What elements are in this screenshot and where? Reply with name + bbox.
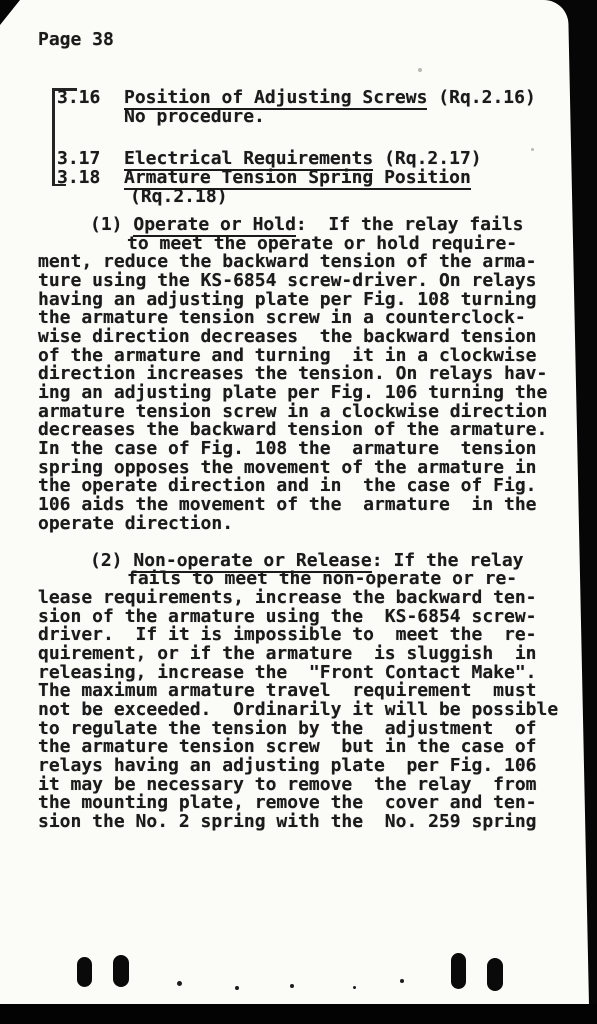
paragraph-list: (1) Operate or Hold: If the relay failst… (38, 216, 565, 832)
scan-speck (177, 981, 182, 986)
scan-speck (290, 984, 294, 988)
paragraph-line: ing an adjusting plate per Fig. 106 turn… (38, 384, 565, 403)
paragraph-line: sion the No. 2 spring with the No. 259 s… (38, 813, 565, 832)
paragraph-heading-tail: : If the relay fails (296, 214, 524, 235)
paragraph-line: operate direction. (38, 515, 565, 534)
punch-mark-dot (113, 955, 129, 987)
scanned-document-page: Page 38 3.16Position of Adjusting Screws… (0, 0, 597, 1024)
paragraph-marker: (1) (90, 214, 133, 235)
punch-mark-dot (77, 957, 92, 987)
paragraph-line: In the case of Fig. 108 the armature ten… (38, 440, 565, 459)
paragraph-line: 106 aids the movement of the armature in… (38, 496, 565, 515)
paragraph: (1) Operate or Hold: If the relay failst… (38, 216, 565, 533)
scan-speck (418, 68, 422, 72)
section-number: 3.16 (57, 89, 124, 108)
paragraph-line: quirement, or if the armature is sluggis… (38, 645, 565, 664)
punch-mark-dot (451, 953, 466, 989)
spacer (0, 126, 597, 150)
section-note: No procedure. (124, 108, 597, 127)
paragraph-line: not be exceeded. Ordinarily it will be p… (38, 701, 565, 720)
paragraph-line: lease requirements, increase the backwar… (38, 589, 565, 608)
section-note: (Rq.2.18) (130, 188, 597, 207)
section-ref: (Rq.2.16) (427, 87, 535, 108)
punch-mark-dot (487, 958, 503, 991)
paragraph-line: relays having an adjusting plate per Fig… (38, 757, 565, 776)
page-number-label: Page 38 (38, 31, 114, 50)
scan-speck (531, 148, 534, 151)
section-list: 3.16Position of Adjusting Screws (Rq.2.1… (0, 89, 597, 206)
section-row: 3.16Position of Adjusting Screws (Rq.2.1… (0, 89, 597, 108)
scan-speck (235, 986, 239, 990)
paragraph-first-line: (1) Operate or Hold: If the relay fails (38, 216, 565, 235)
scan-speck (400, 979, 404, 983)
section-number: 3.18 (57, 169, 124, 188)
paragraph-line: ture using the KS-6854 screw-driver. On … (38, 272, 565, 291)
section-row: 3.18Armature Tension Spring Position (0, 169, 597, 188)
scan-speck (353, 986, 356, 989)
paragraph-line: wise direction decreases the backward te… (38, 328, 565, 347)
page-content: Page 38 3.16Position of Adjusting Screws… (0, 0, 597, 1024)
paragraph: (2) Non-operate or Release: If the relay… (38, 552, 565, 832)
